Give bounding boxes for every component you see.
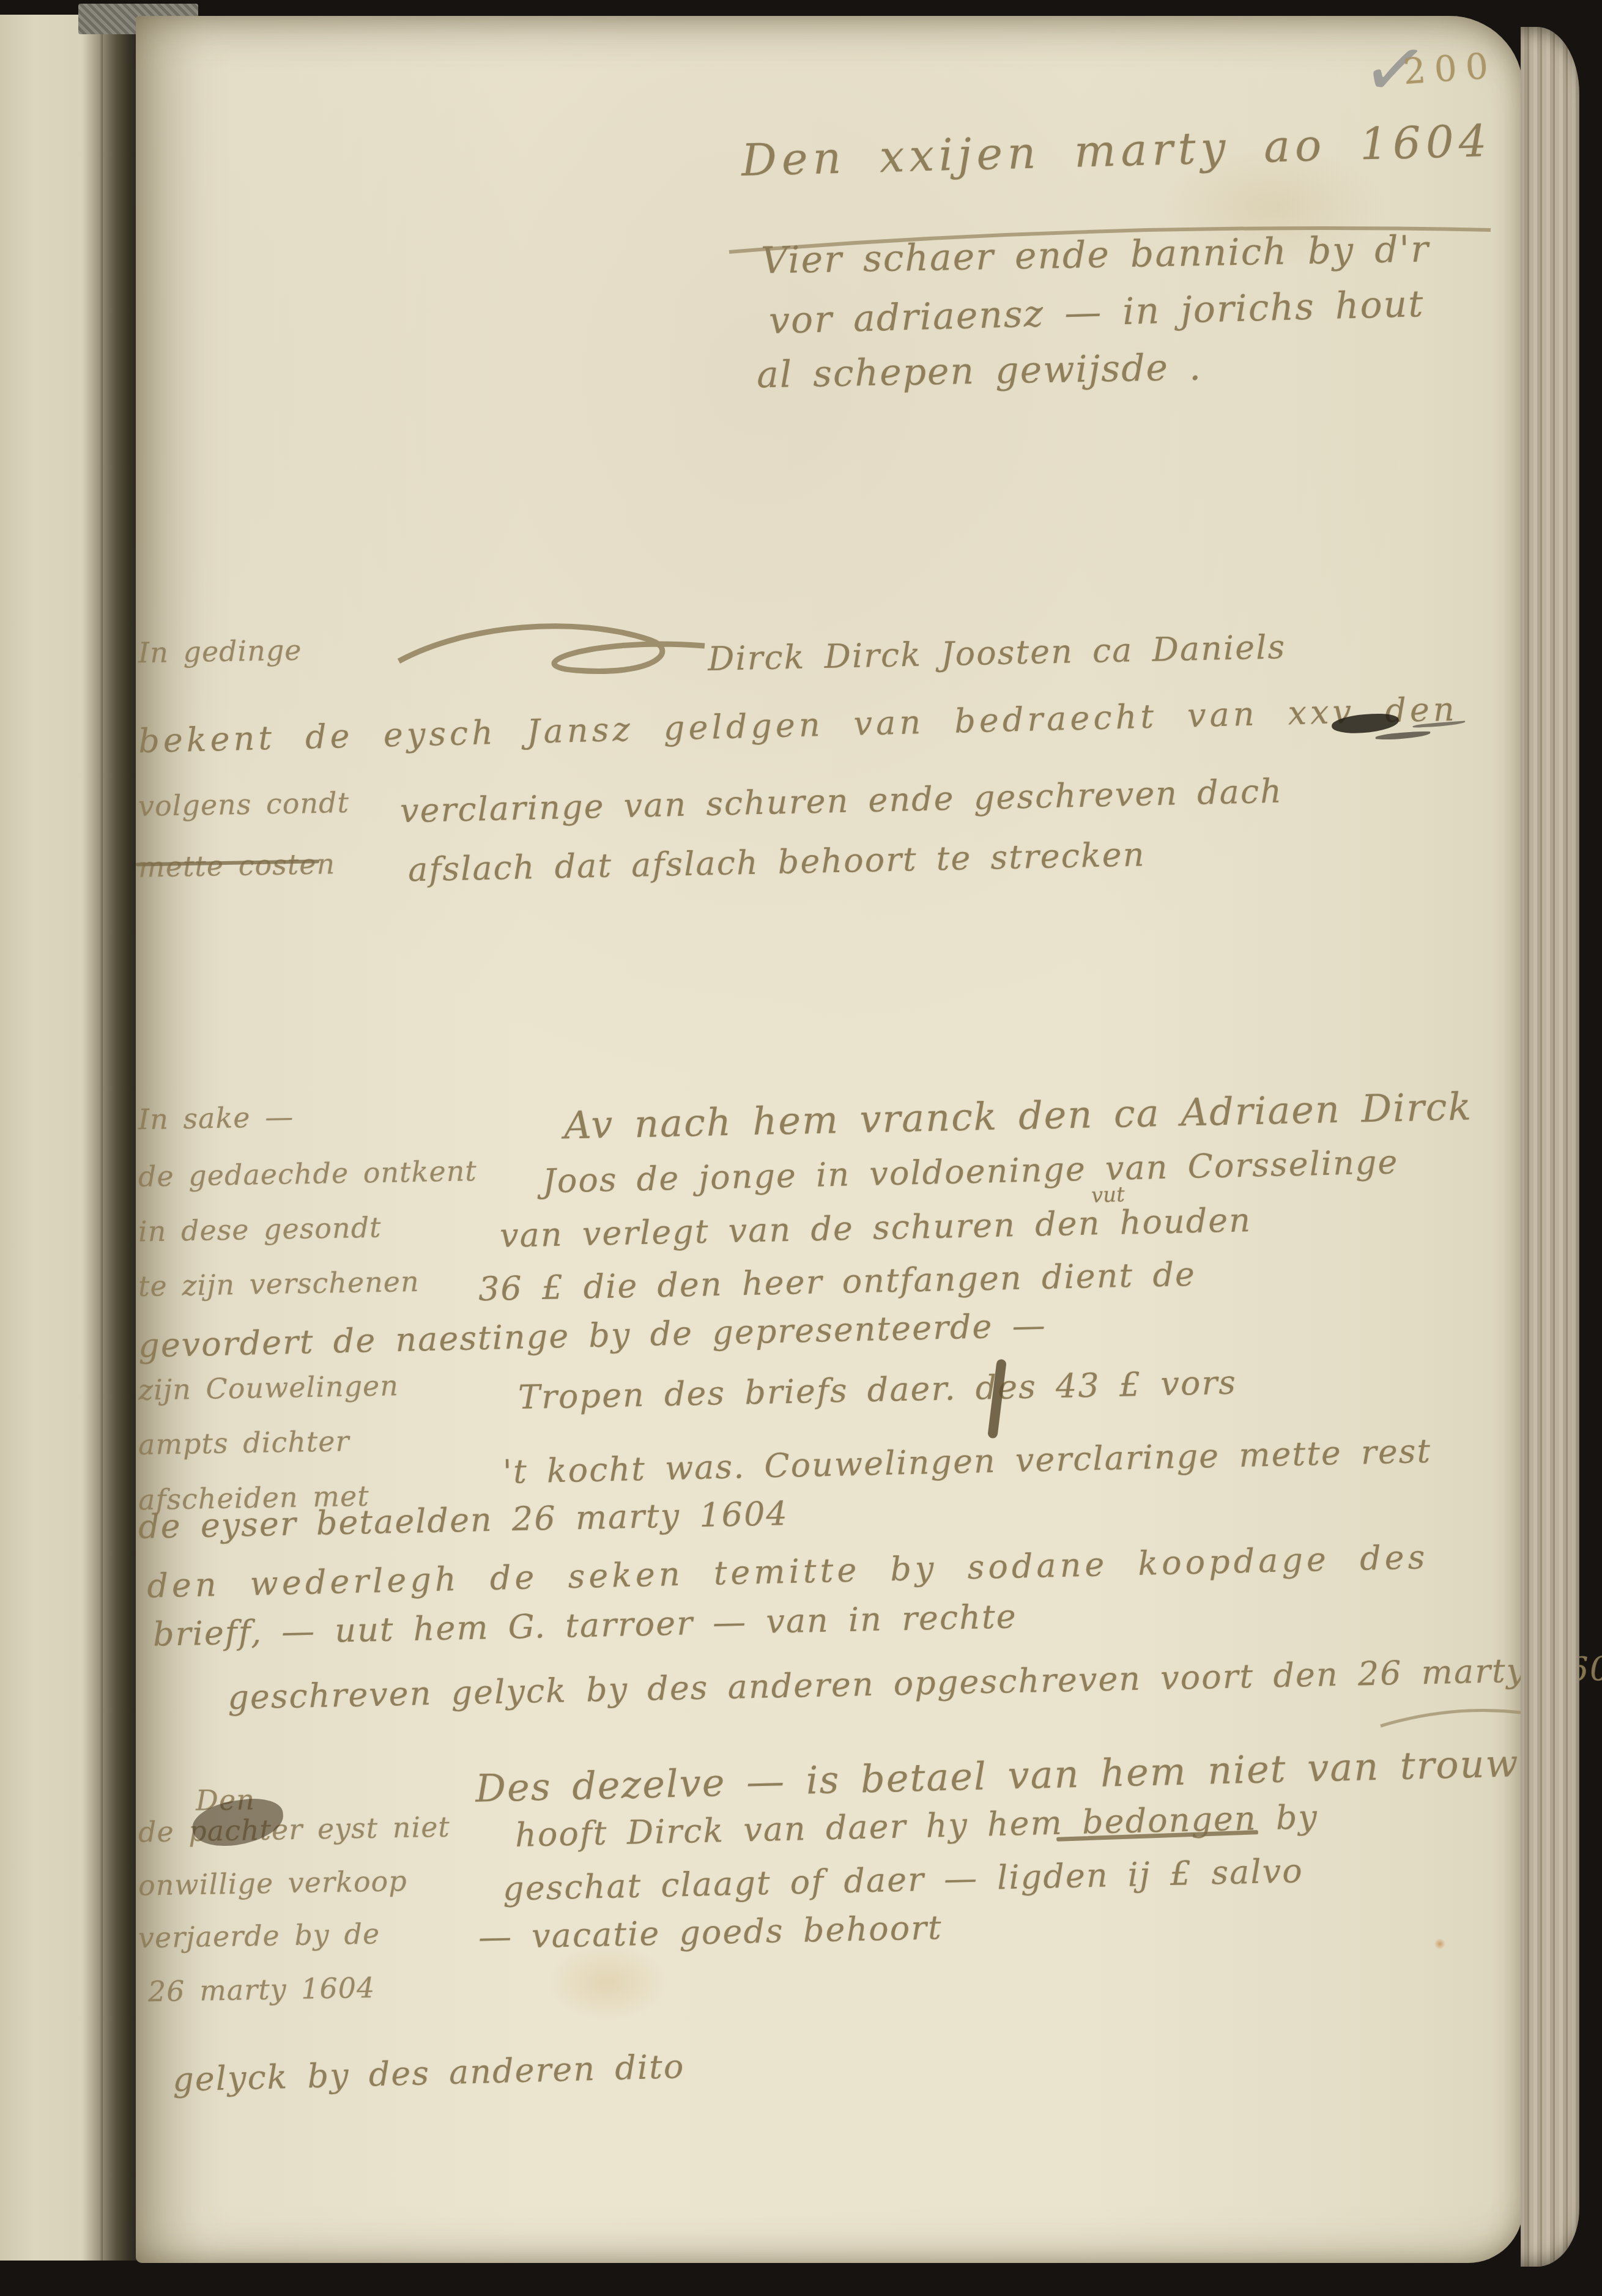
paraph-flourish (393, 612, 711, 692)
body-line: brieff, — uut hem G. tarroer — van in re… (152, 1597, 1017, 1654)
margin-note: In gedinge (138, 634, 302, 670)
page-edge-stack (1521, 27, 1579, 2267)
body-line: Joos de jonge in voldoeninge van Corssel… (542, 1142, 1399, 1201)
manuscript-page: ✓ 200 Den xxijen marty ao 1604 Vier scha… (136, 16, 1523, 2263)
margin-note: zijn Couwelingen (138, 1369, 399, 1406)
body-line: 't kocht was. Couwelingen verclaringe me… (502, 1432, 1431, 1491)
margin-note: in dese gesondt (138, 1211, 382, 1248)
body-line: van verlegt van de schuren den houden (499, 1201, 1252, 1255)
previous-page-edge (0, 15, 103, 2261)
margin-note: de pachter eyst niet (138, 1810, 451, 1849)
body-line: — vacatie goeds behoort (478, 1908, 943, 1957)
body-line: verclaringe van schuren ende geschreven … (399, 772, 1283, 831)
folio-number: 200 (1402, 45, 1498, 92)
body-line: afslach dat afslach behoort te strecken (407, 835, 1145, 889)
margin-note: verjaerde by de (138, 1917, 380, 1955)
margin-note: te zijn verschenen (138, 1265, 420, 1303)
margin-note: volgens condt (138, 786, 350, 823)
body-line: Des dezelve — is betael van hem niet van… (475, 1739, 1569, 1811)
body-line: Av nach hem vranck den ca Adriaen Dirck (563, 1084, 1472, 1147)
gutter-shadow (103, 15, 137, 2261)
body-line: den wederlegh de seken temitte by sodane… (147, 1538, 1429, 1605)
margin-date: 26 marty 1604 (148, 1971, 376, 2008)
margin-note: ampts dichter (138, 1424, 350, 1461)
margin-note: onwillige verkoop (138, 1864, 408, 1902)
date-underline-flourish (1378, 1702, 1524, 1732)
date-heading: Den xxijen marty ao 1604 (741, 115, 1492, 186)
superscript-insertion: vut (1091, 1182, 1125, 1208)
caption-line: vor adriaensz — in jorichs hout (768, 283, 1425, 343)
closing-line: gelyck by des anderen dito (172, 2047, 685, 2099)
scan-background: ✓ 200 Den xxijen marty ao 1604 Vier scha… (0, 0, 1602, 2296)
body-line: gevordert de naestinge by de gepresentee… (138, 1306, 1047, 1365)
body-line: Dirck Dirck Joosten ca Daniels (707, 628, 1286, 678)
margin-note: de gedaechde ontkent (138, 1154, 478, 1193)
body-line: geschat claagt of daer — ligden ij £ sal… (502, 1851, 1303, 1908)
body-line: Tropen des briefs daer. des 43 £ vors (517, 1363, 1237, 1417)
caption-line: al schepen gewijsde . (756, 346, 1202, 397)
body-line: bekent de eysch Jansz geldgen van bedrae… (138, 690, 1459, 761)
body-line: 36 £ die den heer ontfangen dient de (478, 1255, 1196, 1309)
margin-note: In sake — (138, 1100, 294, 1136)
